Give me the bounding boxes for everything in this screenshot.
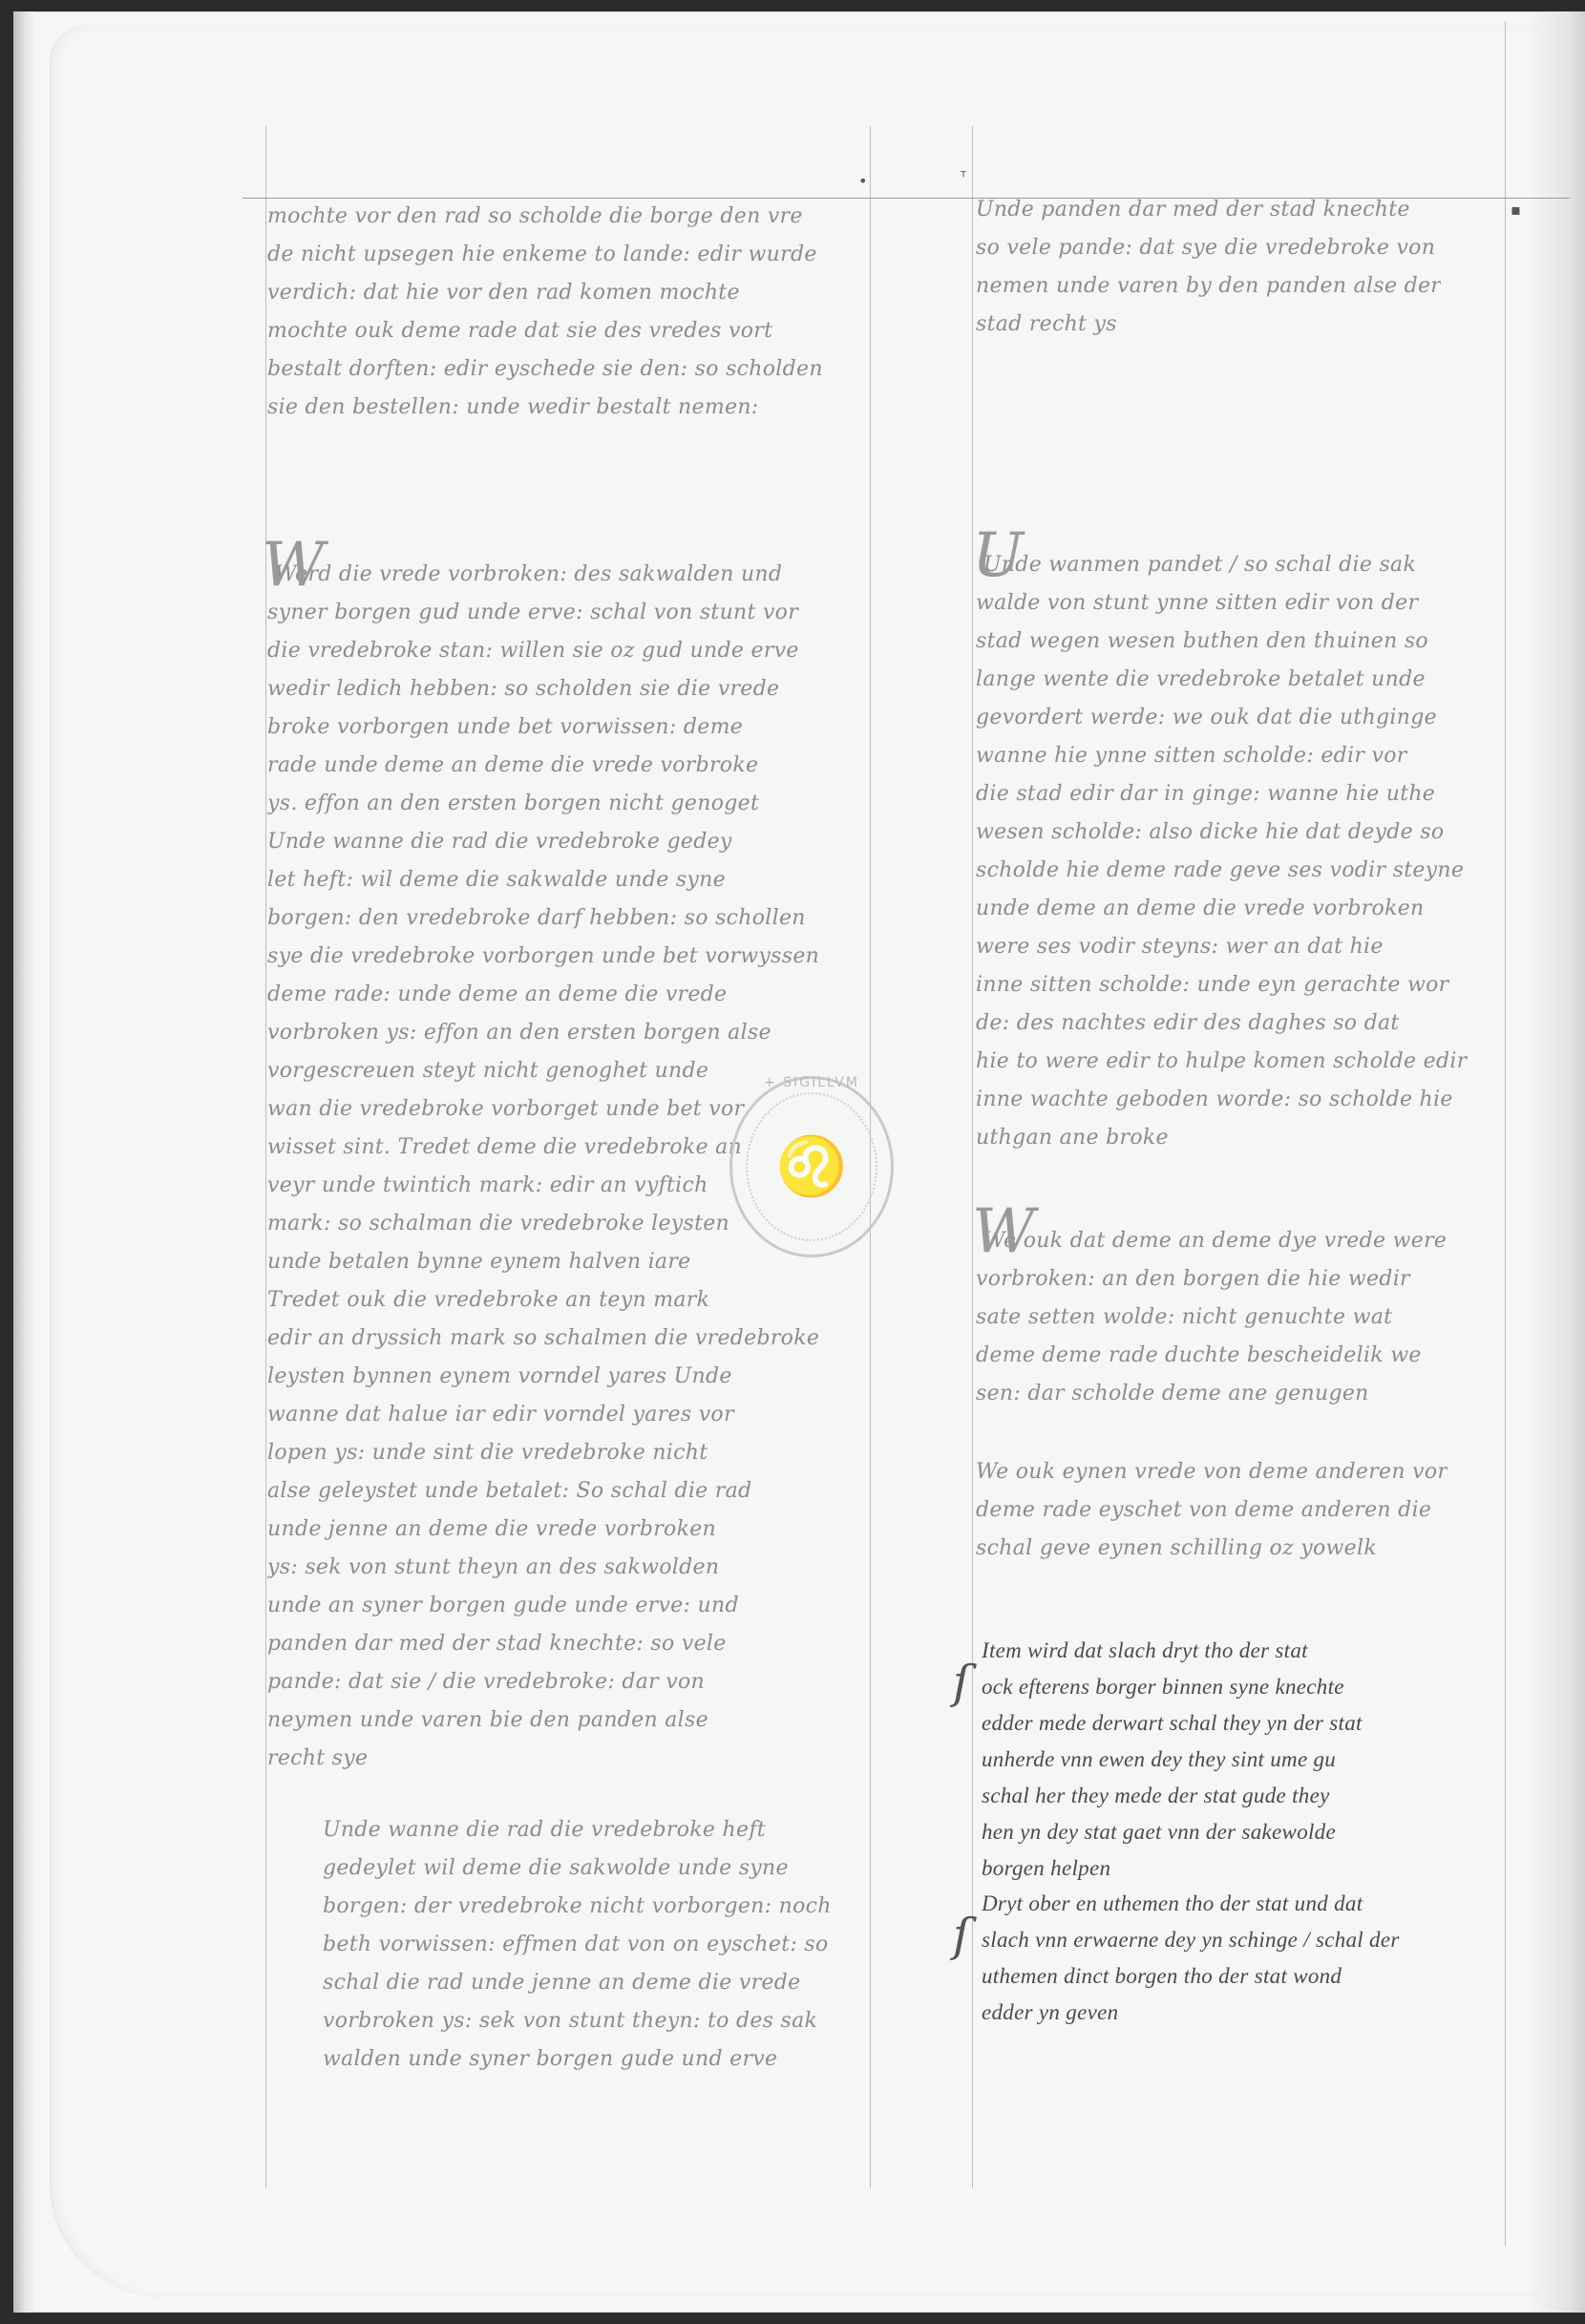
- text-line: Unde wanne die rad die vredebroke heft: [323, 1811, 832, 1849]
- text-line: alse geleystet unde betalet: So schal di…: [267, 1472, 819, 1511]
- text-line: borgen: der vredebroke nicht vorborgen: …: [323, 1888, 832, 1926]
- text-line: inne sitten scholde: unde eyn gerachte w…: [976, 966, 1468, 1004]
- lion-icon: ♌: [776, 1138, 848, 1195]
- text-line: inne wachte geboden worde: so scholde hi…: [976, 1081, 1468, 1119]
- text-line: We ouk dat deme an deme dye vrede were: [976, 1222, 1447, 1260]
- text-line: deme rade eyschet von deme anderen die: [976, 1491, 1448, 1530]
- punctuation-mark: ᵀ: [961, 168, 966, 186]
- text-line: ock efterens borger binnen syne knechte: [982, 1669, 1363, 1705]
- text-line: Dryt ober en uthemen tho der stat und da…: [982, 1886, 1400, 1922]
- text-line: panden dar med der stad knechte: so vele: [267, 1625, 819, 1663]
- text-line: de nicht upsegen hie enkeme to lande: ed…: [267, 236, 823, 274]
- text-line: sen: dar scholde deme ane genugen: [976, 1375, 1447, 1413]
- text-line: were ses vodir steyns: wer an dat hie: [976, 928, 1468, 966]
- paragraph: U Unde wanmen pandet / so schal die sak …: [976, 546, 1468, 1157]
- text-line: mochte ouk deme rade dat sie des vredes …: [267, 312, 823, 350]
- text-line: nemen unde varen by den panden alse der: [976, 267, 1441, 306]
- seal-legend: + SIGILLVM: [732, 1075, 891, 1090]
- text-line: vorbroken: an den borgen die hie wedir: [976, 1260, 1447, 1299]
- text-line: so vele pande: dat sye die vredebroke vo…: [976, 229, 1441, 267]
- text-line: hen yn dey stat gaet vnn der sakewolde: [982, 1814, 1363, 1850]
- text-line: hie to were edir to hulpe komen scholde …: [976, 1043, 1468, 1081]
- text-line: schal die rad unde jenne an deme die vre…: [323, 1964, 832, 2002]
- text-line: leysten bynnen eynem vorndel yares Unde: [267, 1358, 819, 1396]
- punctuation-mark: ▪: [1511, 201, 1521, 219]
- text-line: verdich: dat hie vor den rad komen mocht…: [267, 274, 823, 312]
- text-line: ys: sek von stunt theyn an des sakwolden: [267, 1549, 819, 1587]
- text-line: wan die vredebroke vorborget unde bet vo…: [267, 1090, 819, 1129]
- text-line: die vredebroke stan: willen sie oz gud u…: [267, 632, 819, 670]
- text-line: borgen helpen: [982, 1850, 1363, 1887]
- text-line: wanne dat halue iar edir vorndel yares v…: [267, 1396, 819, 1434]
- right-column-rule-left: [972, 126, 973, 2188]
- text-line: unde jenne an deme die vrede vorbroken: [267, 1511, 819, 1549]
- text-line: uthemen dinct borgen tho der stat wond: [982, 1958, 1400, 1995]
- text-line: wedir ledich hebben: so scholden sie die…: [267, 670, 819, 708]
- paragraph: Unde panden dar med der stad knechte so …: [976, 191, 1441, 344]
- text-line: ys. effon an den ersten borgen nicht gen…: [267, 785, 819, 823]
- text-line: sye die vredebroke vorborgen unde bet vo…: [267, 938, 819, 976]
- decorated-initial: U: [972, 525, 1024, 586]
- text-line: walden unde syner borgen gude und erve: [323, 2040, 832, 2079]
- text-line: scholde hie deme rade geve ses vodir ste…: [976, 852, 1468, 890]
- text-line: Werd die vrede vorbroken: des sakwalden …: [267, 556, 819, 594]
- paragraph-mark: ſ: [953, 1905, 970, 1966]
- text-line: deme deme rade duchte bescheidelik we: [976, 1337, 1447, 1375]
- text-line: slach vnn erwaerne dey yn schinge / scha…: [982, 1922, 1400, 1958]
- punctuation-mark: •: [858, 172, 867, 190]
- text-line: Tredet ouk die vredebroke an teyn mark: [267, 1281, 819, 1320]
- text-line: Unde panden dar med der stad knechte: [976, 191, 1441, 229]
- text-line: uthgan ane broke: [976, 1119, 1468, 1157]
- text-line: sate setten wolde: nicht genuchte wat: [976, 1299, 1447, 1337]
- text-line: gedeylet wil deme die sakwolde unde syne: [323, 1849, 832, 1888]
- text-line: broke vorborgen unde bet vorwissen: deme: [267, 708, 819, 747]
- text-line: lange wente die vredebroke betalet unde: [976, 661, 1468, 699]
- text-line: vorbroken ys: sek von stunt theyn: to de…: [323, 2002, 832, 2040]
- later-addition: ſ Dryt ober en uthemen tho der stat und …: [982, 1886, 1400, 2031]
- text-line: edder mede derwart schal they yn der sta…: [982, 1705, 1363, 1742]
- text-line: unde an syner borgen gude unde erve: und: [267, 1587, 819, 1625]
- right-column-rule-right: [1505, 21, 1506, 2246]
- text-line: pande: dat sie / die vredebroke: dar von: [267, 1663, 819, 1701]
- text-line: Unde wanmen pandet / so schal die sak: [976, 546, 1468, 584]
- decorated-initial: W: [972, 1201, 1035, 1262]
- decorated-initial: W: [262, 535, 325, 596]
- page-edge-left: [13, 11, 34, 2313]
- text-line: walde von stunt ynne sitten edir von der: [976, 584, 1468, 623]
- text-line: bestalt dorften: edir eyschede sie den: …: [267, 350, 823, 389]
- later-addition: ſ Item wird dat slach dryt tho der stat …: [982, 1633, 1363, 1887]
- text-line: let heft: wil deme die sakwalde unde syn…: [267, 861, 819, 899]
- text-line: sie den bestellen: unde wedir bestalt ne…: [267, 389, 823, 427]
- text-line: deme rade: unde deme an deme die vrede: [267, 976, 819, 1014]
- text-line: recht sye: [267, 1740, 819, 1778]
- seal-inner-ring: ♌: [746, 1092, 877, 1241]
- text-line: wesen scholde: also dicke hie dat deyde …: [976, 813, 1468, 852]
- text-line: stad recht ys: [976, 306, 1441, 344]
- text-line: gevordert werde: we ouk dat die uthginge: [976, 699, 1468, 737]
- text-line: borgen: den vredebroke darf hebben: so s…: [267, 899, 819, 938]
- text-line: We ouk eynen vrede von deme anderen vor: [976, 1453, 1448, 1491]
- text-line: schal her they mede der stat gude they: [982, 1778, 1363, 1814]
- text-line: edder yn geven: [982, 1995, 1400, 2031]
- text-line: mochte vor den rad so scholde die borge …: [267, 198, 823, 236]
- text-line: unherde vnn ewen dey they sint ume gu: [982, 1742, 1363, 1778]
- paragraph: Unde wanne die rad die vredebroke heft g…: [323, 1811, 832, 2079]
- text-line: wanne hie ynne sitten scholde: edir vor: [976, 737, 1468, 775]
- paragraph: W We ouk dat deme an deme dye vrede were…: [976, 1222, 1447, 1413]
- text-line: schal geve eynen schilling oz yowelk: [976, 1530, 1448, 1568]
- text-line: die stad edir dar in ginge: wanne hie ut…: [976, 775, 1468, 813]
- text-line: Unde wanne die rad die vredebroke gedey: [267, 823, 819, 861]
- left-column-rule-left: [265, 126, 266, 2188]
- text-line: mark: so schalman die vredebroke leysten: [267, 1205, 819, 1243]
- text-line: lopen ys: unde sint die vredebroke nicht: [267, 1434, 819, 1472]
- text-line: beth vorwissen: effmen dat von on eysche…: [323, 1926, 832, 1964]
- text-line: unde deme an deme die vrede vorbroken: [976, 890, 1468, 928]
- text-line: stad wegen wesen buthen den thuinen so: [976, 623, 1468, 661]
- paragraph: We ouk eynen vrede von deme anderen vor …: [976, 1453, 1448, 1568]
- text-line: edir an dryssich mark so schalmen die vr…: [267, 1320, 819, 1358]
- text-line: vorbroken ys: effon an den ersten borgen…: [267, 1014, 819, 1052]
- text-line: syner borgen gud unde erve: schal von st…: [267, 594, 819, 632]
- text-line: de: des nachtes edir des daghes so dat: [976, 1004, 1468, 1043]
- paragraph: mochte vor den rad so scholde die borge …: [267, 198, 823, 427]
- text-line: unde betalen bynne eynem halven iare: [267, 1243, 819, 1281]
- text-line: rade unde deme an deme die vrede vorbrok…: [267, 747, 819, 785]
- text-line: Item wird dat slach dryt tho der stat: [982, 1633, 1363, 1669]
- text-line: neymen unde varen bie den panden alse: [267, 1701, 819, 1740]
- library-stamp-seal: + SIGILLVM ♌: [729, 1076, 894, 1257]
- paragraph-mark: ſ: [953, 1652, 970, 1713]
- manuscript-page: • ᵀ ▪ mochte vor den rad so scholde die …: [13, 11, 1585, 2313]
